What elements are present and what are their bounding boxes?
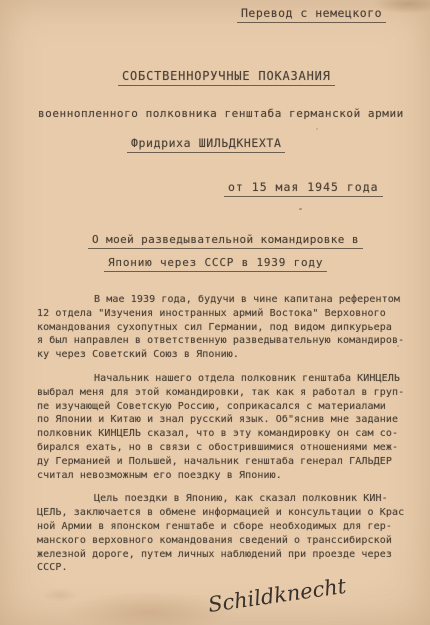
document-subtitle: военнопленного полковника генштаба герма… (38, 107, 404, 120)
document-title: СОБСТВЕННОРУЧНЫЕ ПОКАЗАНИЯ (118, 69, 335, 83)
section-heading-line2-text: Японию через СССР в 1939 году (104, 256, 327, 272)
paper-speck (316, 128, 318, 130)
document-body: В мае 1939 года, будучи в чине капитана … (37, 293, 415, 585)
paper-speck (299, 208, 302, 210)
document-title-text: СОБСТВЕННОРУЧНЫЕ ПОКАЗАНИЯ (118, 69, 335, 86)
signature-text: Schildknecht (207, 574, 348, 617)
document-date-text: от 15 мая 1945 года (224, 180, 383, 197)
paragraph-3: Цель поездки в Японию, как сказал полков… (37, 492, 415, 575)
translation-note: Перевод с немецкого (237, 6, 386, 20)
prisoner-name: Фридриха ШИЛЬДКНЕХТА (127, 136, 285, 150)
paragraph-1: В мае 1939 года, будучи в чине капитана … (37, 293, 415, 362)
prisoner-name-text: Фридриха ШИЛЬДКНЕХТА (127, 136, 285, 153)
document-date: от 15 мая 1945 года (224, 180, 383, 194)
section-heading-line1-text: О моей разведывательной командировке в (88, 233, 363, 249)
paper-speck (397, 345, 399, 347)
document-page: Перевод с немецкого СОБСТВЕННОРУЧНЫЕ ПОК… (0, 0, 430, 625)
section-heading-line2: Японию через СССР в 1939 году (104, 256, 327, 269)
handwritten-signature: Schildknecht (200, 568, 360, 620)
section-heading-line1: О моей разведывательной командировке в (88, 233, 363, 246)
paragraph-2: Начальник нашего отдела полковник геншта… (37, 372, 415, 482)
translation-note-text: Перевод с немецкого (237, 6, 386, 23)
